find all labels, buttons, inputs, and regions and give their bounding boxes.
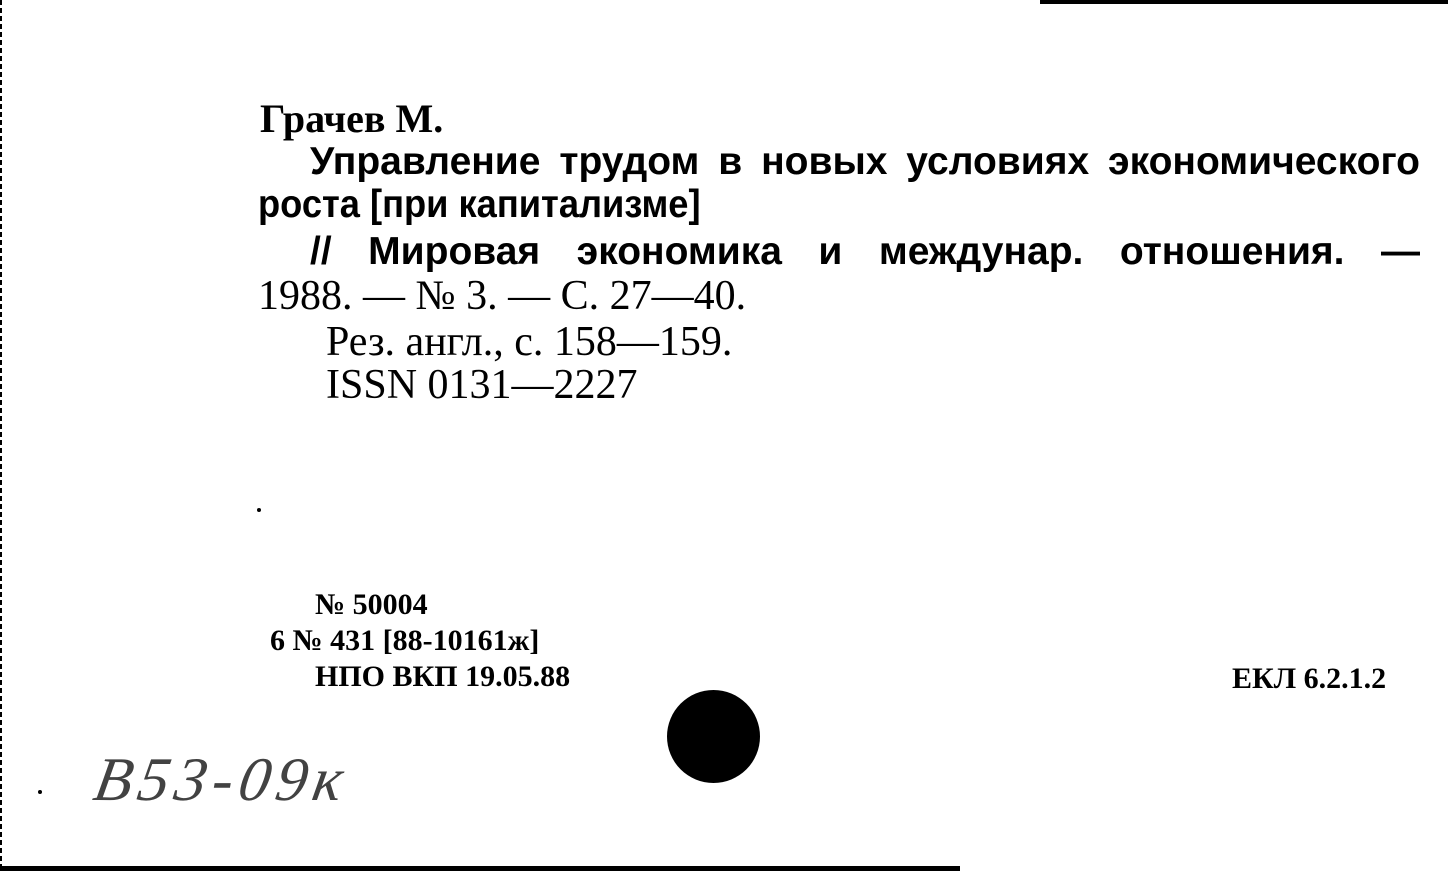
summary-note: Рез. англ., с. 158—159.: [326, 318, 732, 366]
title-line-1: Управление трудом в новых условиях эконо…: [310, 140, 1420, 184]
card-top-edge: [1040, 0, 1448, 4]
title-line-2: роста [при капитализме]: [258, 183, 701, 227]
card-left-edge: [0, 0, 2, 872]
source-line-2: 1988. — № 3. — С. 27—40.: [258, 272, 746, 320]
classification-code: ЕКЛ 6.2.1.2: [1232, 662, 1386, 696]
speck: [38, 790, 42, 794]
catalog-card: Грачев М. Управление трудом в новых усло…: [0, 0, 1448, 872]
order-number: 6 № 431 [88-10161ж]: [270, 624, 539, 658]
issn: ISSN 0131—2227: [326, 361, 638, 409]
speck: [257, 508, 261, 512]
source-line-1: // Мировая экономика и междунар. отношен…: [310, 230, 1420, 274]
handwritten-note: В53-09к: [89, 745, 355, 816]
card-number: № 50004: [315, 588, 428, 622]
punch-hole: [667, 690, 760, 783]
author-name: Грачев М.: [260, 95, 443, 142]
publisher-date: НПО ВКП 19.05.88: [315, 660, 570, 694]
card-bottom-edge: [0, 866, 960, 871]
